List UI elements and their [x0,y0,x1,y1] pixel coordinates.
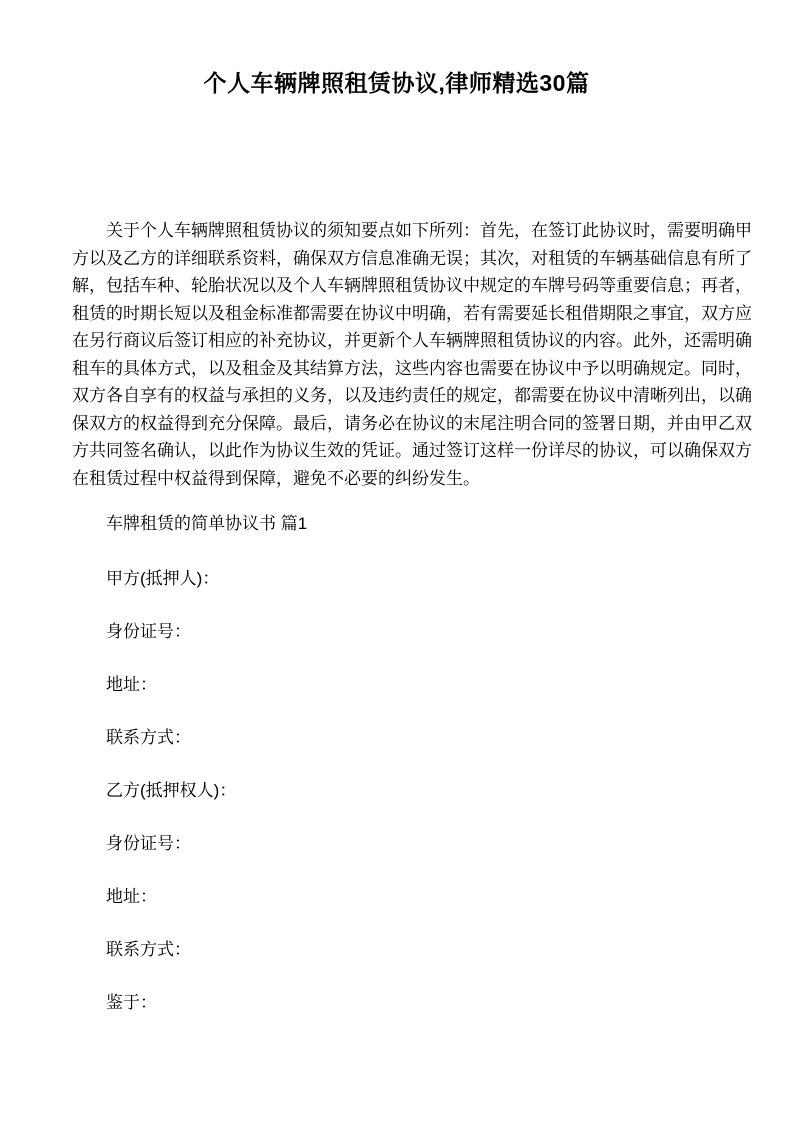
field-label: 联系方式： [106,724,748,752]
field-label: 甲方(抵押人)： [106,565,748,593]
paragraph-line: 关于个人车辆牌照租赁协议的须知要点如下所列：首先，在签订此协议时，需要明确甲 [72,217,748,245]
document-page: 个人车辆牌照租赁协议,律师精选30篇 关于个人车辆牌照租赁协议的须知要点如下所列… [0,0,793,1122]
paragraph-line: 在另行商议后签订相应的补充协议，并更新个人车辆牌照租赁协议的内容。此外，还需明确 [72,327,748,355]
paragraph-line: 方以及乙方的详细联系资料，确保双方信息准确无误；其次，对租赁的车辆基础信息有所了 [72,245,748,273]
section-heading: 车牌租赁的简单协议书 篇1 [106,510,748,538]
contract-fields: 甲方(抵押人)：身份证号：地址：联系方式：乙方(抵押权人)：身份证号：地址：联系… [72,565,748,1017]
field-label: 身份证号： [106,830,748,858]
paragraph-line: 双方各自享有的权益与承担的义务，以及违约责任的规定，都需要在协议中清晰列出，以确 [72,382,748,410]
paragraph-line: 解，包括车种、轮胎状况以及个人车辆牌照租赁协议中规定的车牌号码等重要信息；再者， [72,272,748,300]
paragraph-line: 在租赁过程中权益得到保障，避免不必要的纠纷发生。 [72,465,748,493]
document-title: 个人车辆牌照租赁协议,律师精选30篇 [0,0,793,99]
paragraph-line: 保双方的权益得到充分保障。最后，请务必在协议的末尾注明合同的签署日期，并由甲乙双 [72,410,748,438]
field-label: 乙方(抵押权人)： [106,777,748,805]
intro-paragraph: 关于个人车辆牌照租赁协议的须知要点如下所列：首先，在签订此协议时，需要明确甲方以… [72,217,748,492]
field-label: 身份证号： [106,618,748,646]
paragraph-line: 租赁的时期长短以及租金标准都需要在协议中明确，若有需要延长租借期限之事宜，双方应 [72,300,748,328]
field-label: 地址： [106,671,748,699]
field-label: 联系方式： [106,936,748,964]
field-label: 鉴于： [106,989,748,1017]
paragraph-line: 方共同签名确认，以此作为协议生效的凭证。通过签订这样一份详尽的协议，可以确保双方 [72,437,748,465]
document-body: 关于个人车辆牌照租赁协议的须知要点如下所列：首先，在签订此协议时，需要明确甲方以… [0,217,793,1017]
field-label: 地址： [106,883,748,911]
paragraph-line: 租车的具体方式，以及租金及其结算方法，这些内容也需要在协议中予以明确规定。同时， [72,355,748,383]
